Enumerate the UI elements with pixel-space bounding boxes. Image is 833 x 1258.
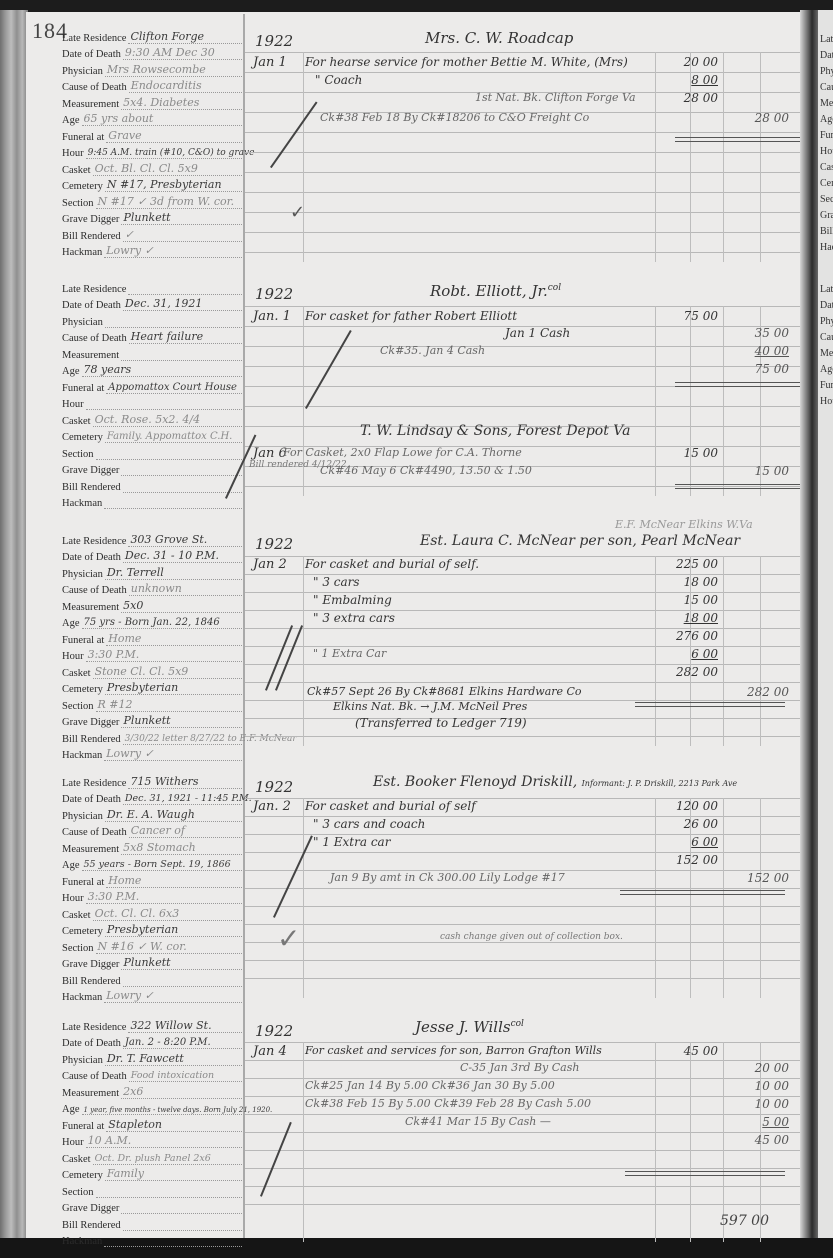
field-physician: Physician	[62, 311, 242, 328]
field-bill-rendered: Bill Rendered	[62, 1214, 242, 1231]
record-fields: Late Residence322 Willow St. Date of Dea…	[62, 1016, 242, 1247]
field-casket: CasketOct. Rose. 5x2. 4/4	[62, 410, 242, 427]
field-physician: PhysicianMrs Rowsecombe	[62, 60, 242, 77]
adjacent-label: Physician	[820, 66, 833, 77]
field-date-of-death: Date of DeathDec. 31, 1921 - 11:45 P.M.	[62, 789, 242, 806]
field-measurement: Measurement2x6	[62, 1082, 242, 1099]
sub-account-name: T. W. Lindsay & Sons, Forest Depot Va	[360, 423, 630, 439]
field-section: Section	[62, 443, 242, 460]
field-cause-of-death: Cause of DeathCancer of	[62, 822, 242, 839]
field-cause-of-death: Cause of DeathFood intoxication	[62, 1066, 242, 1083]
ledger-entry: 1st Nat. Bk. Clifton Forge Va 28 00	[245, 91, 800, 109]
field-bill-rendered: Bill Rendered3/30/22 letter 8/27/22 to E…	[62, 728, 242, 745]
field-measurement: Measurement5x0	[62, 596, 242, 613]
account-name: Jesse J. Willscol	[415, 1018, 524, 1036]
adjacent-label: Age	[820, 114, 833, 125]
field-grave-digger: Grave Digger	[62, 1198, 242, 1215]
field-late-residence: Late Residence322 Willow St.	[62, 1016, 242, 1033]
account-name: Est. Laura C. McNear per son, Pearl McNe…	[420, 533, 740, 549]
check-mark-icon: ✓	[277, 922, 300, 955]
account-name: Mrs. C. W. Roadcap	[425, 29, 573, 47]
field-funeral-at: Funeral atAppomattox Court House	[62, 377, 242, 394]
check-mark-icon: ✓	[290, 202, 305, 223]
adjacent-label: Bill Rendered	[820, 226, 833, 237]
field-grave-digger: Grave DiggerPlunkett	[62, 209, 242, 226]
ledger-entry: Jan 1 Cash 35 00	[245, 326, 800, 344]
field-bill-rendered: Bill Rendered	[62, 970, 242, 987]
adjacent-label: Hour	[820, 396, 833, 407]
field-hour: Hour3:30 P.M.	[62, 646, 242, 663]
field-measurement: Measurement5x8 Stomach	[62, 838, 242, 855]
ledger-entry: 282 00	[245, 665, 800, 683]
ledger-entry: " 1 Extra car 6 00	[245, 835, 800, 853]
field-casket: CasketOct. Bl. Cl. Cl. 5x9	[62, 159, 242, 176]
field-hackman: Hackman	[62, 1231, 242, 1248]
field-section: Section	[62, 1181, 242, 1198]
ledger-entry: Ck#35. Jan 4 Cash 40 00	[245, 344, 800, 362]
field-date-of-death: Date of DeathDec. 31 - 10 P.M.	[62, 547, 242, 564]
field-cause-of-death: Cause of DeathHeart failure	[62, 328, 242, 345]
adjacent-label: Section	[820, 194, 833, 205]
ledger-entry: Jan 4 For casket and services for son, B…	[245, 1044, 800, 1062]
field-bill-rendered: Bill Rendered	[62, 476, 242, 493]
field-casket: CasketOct. Dr. plush Panel 2x6	[62, 1148, 242, 1165]
adjacent-label: Physician	[820, 316, 833, 327]
adjacent-label: Measurement	[820, 348, 833, 359]
field-section: SectionR #12	[62, 695, 242, 712]
field-cause-of-death: Cause of DeathEndocarditis	[62, 77, 242, 94]
ledger-year: 1922	[255, 285, 293, 303]
field-bill-rendered: Bill Rendered✓	[62, 225, 242, 242]
field-hour: Hour	[62, 394, 242, 411]
field-casket: CasketOct. Cl. Cl. 6x3	[62, 904, 242, 921]
field-funeral-at: Funeral atGrave	[62, 126, 242, 143]
ledger-entry: Jan 9 By amt in Ck 300.00 Lily Lodge #17…	[245, 871, 800, 889]
field-date-of-death: Date of DeathDec. 31, 1921	[62, 295, 242, 312]
field-measurement: Measurement	[62, 344, 242, 361]
record-fields: Late Residence303 Grove St. Date of Deat…	[62, 530, 242, 761]
ledger-entry: Bill rendered 4/12/22 Ck#46 May 6 Ck#449…	[245, 464, 800, 482]
ledger-entry: (Transferred to Ledger 719)	[245, 716, 800, 734]
field-cemetery: CemeteryPresbyterian	[62, 679, 242, 696]
ledger-year: 1922	[255, 535, 293, 553]
adjacent-label: Date of Death	[820, 300, 833, 311]
adjacent-page-edge: Late Residence Date of Death Physician C…	[818, 10, 833, 1238]
pencil-annotation: cash change given out of collection box.	[440, 932, 623, 942]
field-age: Age75 yrs - Born Jan. 22, 1846	[62, 613, 242, 630]
margin-note: E.F. McNear Elkins W.Va	[615, 518, 753, 531]
field-measurement: Measurement5x4. Diabetes	[62, 93, 242, 110]
account-name: Est. Booker Flenoyd Driskill, Informant:…	[373, 774, 737, 790]
field-hour: Hour3:30 P.M.	[62, 888, 242, 905]
ledger-entry: Ck#38 Feb 18 By Ck#18206 to C&O Freight …	[245, 111, 800, 129]
field-late-residence: Late Residence	[62, 278, 242, 295]
field-cemetery: CemeteryN #17, Presbyterian	[62, 176, 242, 193]
ledger-entry: " Embalming 15 00	[245, 593, 800, 611]
field-hour: Hour10 A.M.	[62, 1132, 242, 1149]
account-name: Robt. Elliott, Jr.col	[430, 282, 561, 300]
ledger-entry: " 3 extra cars 18 00	[245, 611, 800, 629]
field-funeral-at: Funeral atStapleton	[62, 1115, 242, 1132]
field-hackman: HackmanLowry ✓	[62, 745, 242, 762]
field-grave-digger: Grave DiggerPlunkett	[62, 712, 242, 729]
field-section: SectionN #16 ✓ W. cor.	[62, 937, 242, 954]
field-hour: Hour9:45 A.M. train (#10, C&O) to grave	[62, 143, 242, 160]
field-age: Age55 years - Born Sept. 19, 1866	[62, 855, 242, 872]
adjacent-label: Grave Digger	[820, 210, 833, 221]
record-fields: Late Residence Date of DeathDec. 31, 192…	[62, 278, 242, 509]
page-total: 597 00	[720, 1213, 769, 1229]
ledger-entry: Ck#41 Mar 15 By Cash — 5 00	[245, 1115, 800, 1133]
field-hackman: HackmanLowry ✓	[62, 987, 242, 1004]
ledger-year: 1922	[255, 32, 293, 50]
adjacent-label: Hackman	[820, 242, 833, 253]
field-cemetery: CemeteryFamily. Appomattox C.H.	[62, 427, 242, 444]
field-physician: PhysicianDr. E. A. Waugh	[62, 805, 242, 822]
page-gutter	[800, 10, 820, 1238]
field-section: SectionN #17 ✓ 3d from W. cor.	[62, 192, 242, 209]
field-late-residence: Late ResidenceClifton Forge	[62, 27, 242, 44]
ledger-year: 1922	[255, 1022, 293, 1040]
field-physician: PhysicianDr. T. Fawcett	[62, 1049, 242, 1066]
field-late-residence: Late Residence303 Grove St.	[62, 530, 242, 547]
field-casket: CasketStone Cl. Cl. 5x9	[62, 662, 242, 679]
ledger-entry: Jan. 2 For casket and burial of self 120…	[245, 799, 800, 817]
adjacent-label: Late Residence	[820, 284, 833, 295]
field-age: Age78 years	[62, 361, 242, 378]
ledger-entry: " 1 Extra Car 6 00	[245, 647, 800, 665]
field-grave-digger: Grave DiggerPlunkett	[62, 954, 242, 971]
ledger-entry: 152 00	[245, 853, 800, 871]
ledger-entry: 276 00	[245, 629, 800, 647]
field-cause-of-death: Cause of Deathunknown	[62, 580, 242, 597]
ledger-entry: Jan 2 For casket and burial of self. 225…	[245, 557, 800, 575]
ledger-entry: Ck#25 Jan 14 By 5.00 Ck#36 Jan 30 By 5.0…	[245, 1079, 800, 1097]
adjacent-label: Age	[820, 364, 833, 375]
adjacent-label: Late Residence	[820, 34, 833, 45]
ledger-entry: " 3 cars 18 00	[245, 575, 800, 593]
field-date-of-death: Date of Death9:30 AM Dec 30	[62, 44, 242, 61]
adjacent-label: Measurement	[820, 98, 833, 109]
adjacent-label: Hour	[820, 146, 833, 157]
adjacent-label: Cause of Death	[820, 332, 833, 343]
field-age: Age65 yrs about	[62, 110, 242, 127]
adjacent-label: Cemetery	[820, 178, 833, 189]
field-physician: PhysicianDr. Terrell	[62, 563, 242, 580]
ledger-entry: 45 00	[245, 1133, 800, 1151]
field-grave-digger: Grave Digger	[62, 460, 242, 477]
adjacent-label: Funeral at	[820, 380, 833, 391]
field-late-residence: Late Residence715 Withers	[62, 772, 242, 789]
field-funeral-at: Funeral atHome	[62, 871, 242, 888]
field-date-of-death: Date of DeathJan. 2 - 8:20 P.M.	[62, 1033, 242, 1050]
adjacent-label: Funeral at	[820, 130, 833, 141]
record-fields: Late Residence715 Withers Date of DeathD…	[62, 772, 242, 1003]
book-spine	[0, 10, 28, 1238]
field-hackman: Hackman	[62, 493, 242, 510]
ledger-entry: Jan 1 For hearse service for mother Bett…	[245, 55, 800, 73]
adjacent-label: Date of Death	[820, 50, 833, 61]
ledger-entry: Jan. 1 For casket for father Robert Elli…	[245, 309, 800, 327]
field-cemetery: CemeteryPresbyterian	[62, 921, 242, 938]
ledger-entry: " Coach 8 00	[245, 73, 800, 91]
field-funeral-at: Funeral atHome	[62, 629, 242, 646]
ledger-year: 1922	[255, 778, 293, 796]
ledger-entry: Ck#38 Feb 15 By 5.00 Ck#39 Feb 28 By Cas…	[245, 1097, 800, 1115]
field-hackman: HackmanLowry ✓	[62, 242, 242, 259]
ledger-entry: C-35 Jan 3rd By Cash 20 00	[245, 1061, 800, 1079]
ledger-entry: " 3 cars and coach 26 00	[245, 817, 800, 835]
field-cemetery: CemeteryFamily	[62, 1165, 242, 1182]
adjacent-label: Cause of Death	[820, 82, 833, 93]
record-fields: Late ResidenceClifton Forge Date of Deat…	[62, 27, 242, 258]
field-age: Age1 year, five months - twelve days. Bo…	[62, 1099, 242, 1116]
adjacent-label: Casket	[820, 162, 833, 173]
